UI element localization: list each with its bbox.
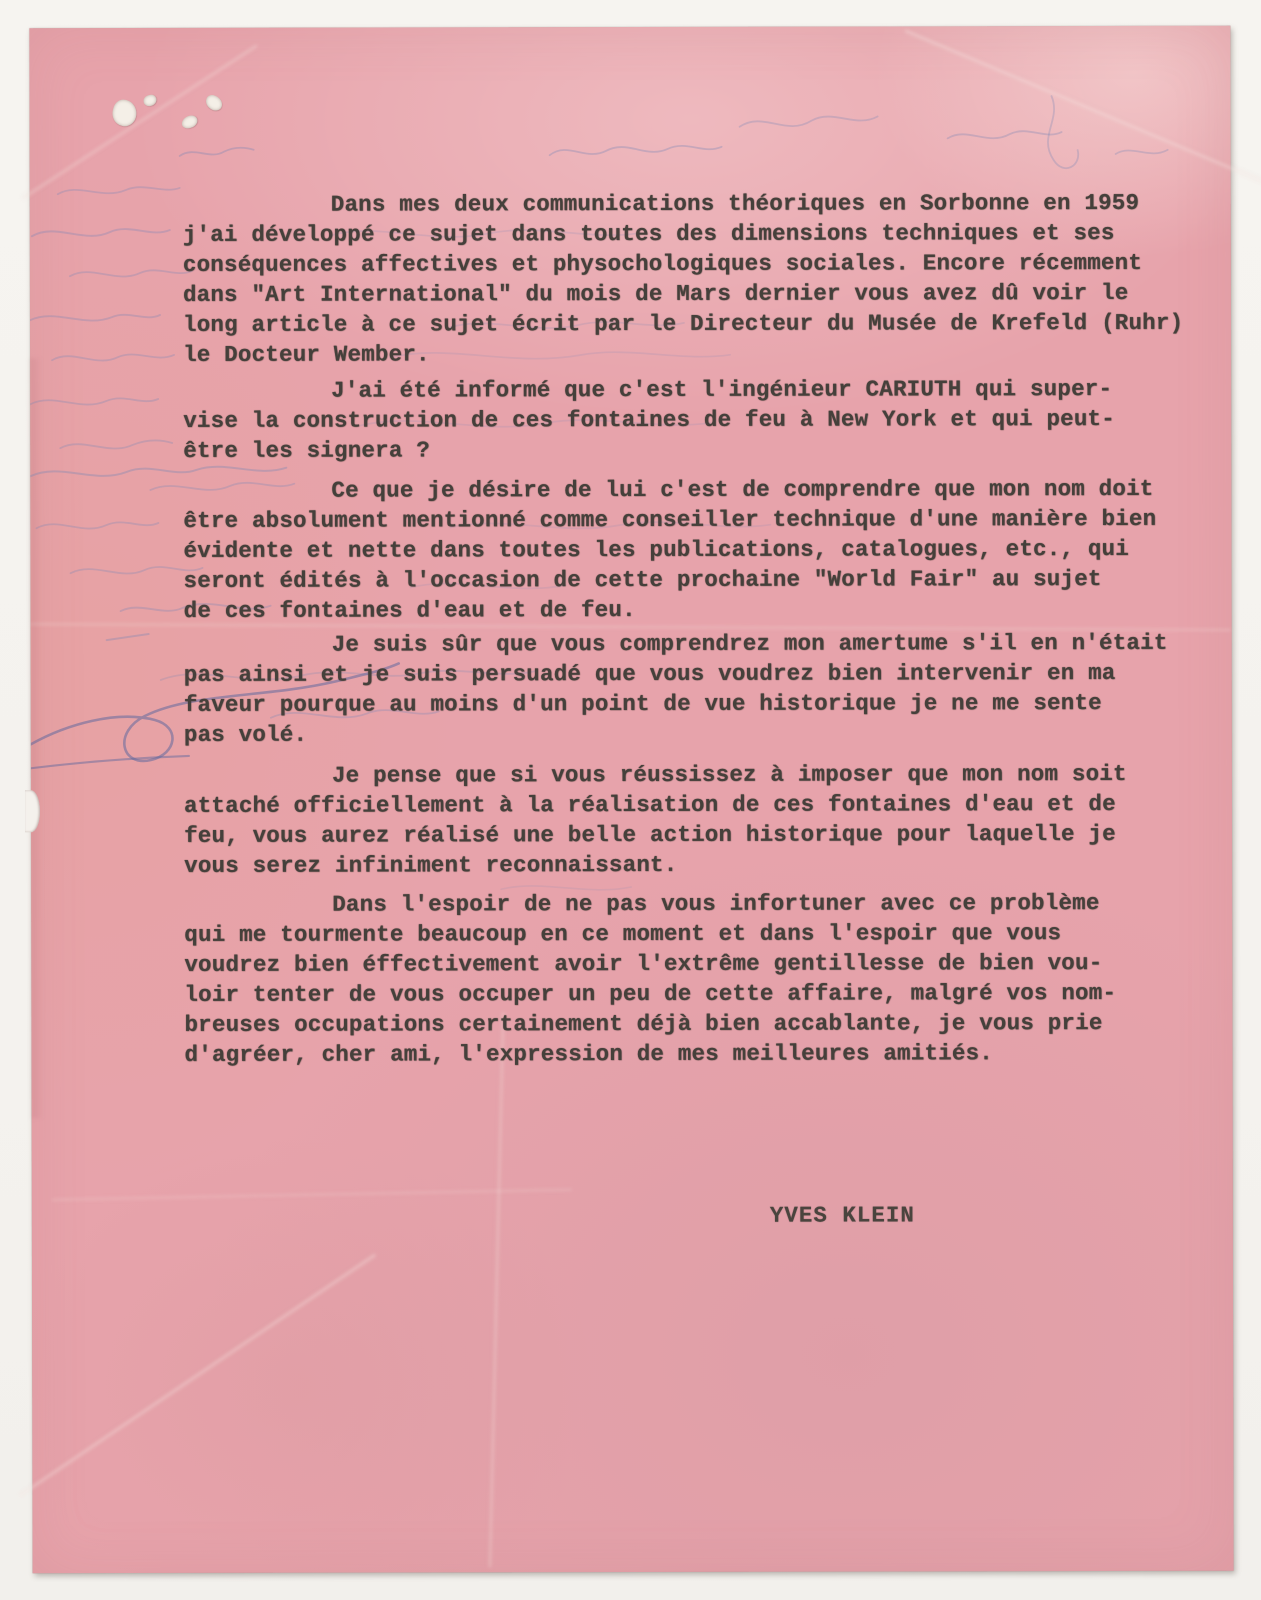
paragraph-4: Je suis sûr que vous comprendrez mon ame… <box>184 628 1224 750</box>
paragraph-5: Je pense que si vous réussissez à impose… <box>184 759 1224 881</box>
crease-top-left <box>21 44 258 200</box>
letter-line: pas ainsi et je suis persuadé que vous v… <box>184 658 1224 690</box>
paper-edge-shadow <box>30 358 44 1118</box>
letter-line: voudrez bien éffectivement avoir l'extrê… <box>184 948 1224 980</box>
paper-tear-spot <box>110 98 140 129</box>
letter-line: Ce que je désire de lui c'est de compren… <box>183 474 1223 506</box>
letter-line: être absolument mentionné comme conseill… <box>183 504 1223 536</box>
letter-line: seront édités à l'occasion de cette proc… <box>184 564 1224 596</box>
letter-line: vise la construction de ces fontaines de… <box>183 404 1223 436</box>
letter-line: J'ai été informé que c'est l'ingénieur C… <box>183 374 1223 406</box>
paper-tear-spot <box>143 94 158 107</box>
crease-bottom-left <box>18 1253 377 1498</box>
letter-line: de ces fontaines d'eau et de feu. <box>184 594 1224 626</box>
scan-background: Dans mes deux communications théoriques … <box>0 0 1261 1600</box>
letter-line: le Docteur Wember. <box>183 338 1223 370</box>
letter-line: attaché officiellement à la réalisation … <box>184 789 1224 821</box>
letter-line: Dans mes deux communications théoriques … <box>183 188 1223 220</box>
paper-tear-spot <box>204 93 225 112</box>
letter-line: être les signera ? <box>183 434 1223 466</box>
letter-paper: Dans mes deux communications théoriques … <box>29 26 1233 1574</box>
paragraph-2: J'ai été informé que c'est l'ingénieur C… <box>183 374 1223 466</box>
letter-line: d'agréer, cher ami, l'expression de mes … <box>185 1038 1225 1070</box>
letter-line: loir tenter de vous occuper un peu de ce… <box>184 978 1224 1010</box>
letter-line: faveur pourque au moins d'un point de vu… <box>184 688 1224 720</box>
letter-line: dans "Art International" du mois de Mars… <box>183 278 1223 310</box>
letter-line: Dans l'espoir de ne pas vous infortuner … <box>184 888 1224 920</box>
letter-line: Je pense que si vous réussissez à impose… <box>184 759 1224 791</box>
paragraph-1: Dans mes deux communications théoriques … <box>183 188 1223 370</box>
letter-line: Je suis sûr que vous comprendrez mon ame… <box>184 628 1224 660</box>
crease-left-lower <box>52 1188 572 1202</box>
crease-top-right <box>904 28 1261 188</box>
crease-vertical-bottom <box>487 1012 505 1567</box>
signature-typed: YVES KLEIN <box>770 1202 915 1228</box>
paragraph-3: Ce que je désire de lui c'est de compren… <box>183 474 1223 626</box>
letter-line: évidente et nette dans toutes les public… <box>183 534 1223 566</box>
letter-line: long article à ce sujet écrit par le Dir… <box>183 308 1223 340</box>
paper-tear-spot <box>180 114 199 130</box>
letter-line: feu, vous aurez réalisé une belle action… <box>184 819 1224 851</box>
letter-line: breuses occupations certainement déjà bi… <box>184 1008 1224 1040</box>
letter-line: conséquences affectives et physochologiq… <box>183 248 1223 280</box>
letter-line: qui me tourmente beaucoup en ce moment e… <box>184 918 1224 950</box>
letter-line: vous serez infiniment reconnaissant. <box>184 849 1224 881</box>
letter-body: Dans mes deux communications théoriques … <box>182 26 1222 28</box>
paragraph-6: Dans l'espoir de ne pas vous infortuner … <box>184 888 1224 1070</box>
letter-line: j'ai développé ce sujet dans toutes des … <box>183 218 1223 250</box>
letter-line: pas volé. <box>184 718 1224 750</box>
